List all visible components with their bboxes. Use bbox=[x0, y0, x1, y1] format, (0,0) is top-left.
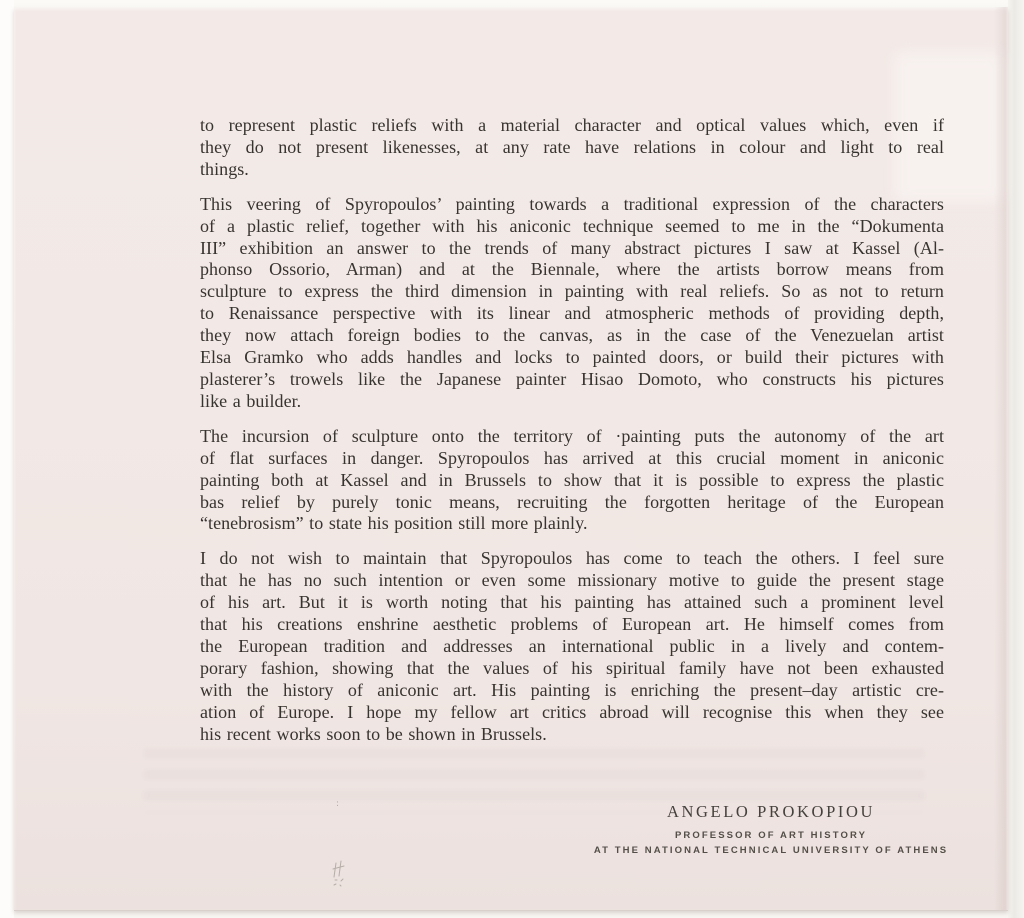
text-line: of his art. But it is worth noting that … bbox=[200, 592, 944, 614]
text-line: painting both at Kassel and in Brussels … bbox=[200, 470, 944, 492]
text-line: ation of Europe. I hope my fellow art cr… bbox=[200, 702, 944, 724]
scanned-page: to represent plastic reliefs with a mate… bbox=[0, 0, 1024, 918]
text-line: of a plastic relief, together with his a… bbox=[200, 216, 944, 238]
text-line: they do not present likenesses, at any r… bbox=[200, 137, 944, 159]
paragraph: I do not wish to maintain that Spyropoul… bbox=[200, 548, 944, 745]
text-line: Elsa Gramko who adds handles and locks t… bbox=[200, 347, 944, 369]
scan-background-left bbox=[0, 0, 14, 918]
text-line: to Renaissance perspective with its line… bbox=[200, 303, 944, 325]
paragraph: The incursion of sculpture onto the terr… bbox=[200, 426, 944, 536]
text-line: his recent works soon to be shown in Bru… bbox=[200, 724, 944, 746]
paragraph: to represent plastic reliefs with a mate… bbox=[200, 115, 944, 181]
text-line: the European tradition and addresses an … bbox=[200, 636, 944, 658]
text-line: I do not wish to maintain that Spyropoul… bbox=[200, 548, 944, 570]
text-line: with the history of aniconic art. His pa… bbox=[200, 680, 944, 702]
paragraph: This veering of Spyropoulos’ painting to… bbox=[200, 194, 944, 413]
text-line: of flat surfaces in danger. Spyropoulos … bbox=[200, 448, 944, 470]
text-line: that his creations enshrine aesthetic pr… bbox=[200, 614, 944, 636]
text-line: they now attach foreign bodies to the ca… bbox=[200, 325, 944, 347]
pencil-mark bbox=[329, 859, 355, 889]
text-line: plasterer’s trowels like the Japanese pa… bbox=[200, 369, 944, 391]
text-line: III” exhibition an answer to the trends … bbox=[200, 238, 944, 260]
text-line: like a builder. bbox=[200, 391, 944, 413]
text-line: phonso Ossorio, Arman) and at the Bienna… bbox=[200, 259, 944, 281]
text-line: The incursion of sculpture onto the terr… bbox=[200, 426, 944, 448]
text-line: bas relief by purely tonic means, recrui… bbox=[200, 492, 944, 514]
pencil-dot: : bbox=[336, 799, 339, 809]
text-line: porary fashion, showing that the values … bbox=[200, 658, 944, 680]
text-line: “tenebrosism” to state his position stil… bbox=[200, 513, 944, 535]
author-name: ANGELO PROKOPIOU bbox=[580, 802, 962, 822]
text-line: sculpture to express the third dimension… bbox=[200, 281, 944, 303]
author-title-line1: PROFESSOR OF ART HISTORY bbox=[580, 829, 962, 844]
author-title-line2: AT THE NATIONAL TECHNICAL UNIVERSITY OF … bbox=[580, 844, 962, 859]
text-line: to represent plastic reliefs with a mate… bbox=[200, 115, 944, 137]
document-page: to represent plastic reliefs with a mate… bbox=[14, 7, 1008, 910]
text-line: things. bbox=[200, 159, 944, 181]
body-text-column: to represent plastic reliefs with a mate… bbox=[200, 115, 944, 758]
signature-block: ANGELO PROKOPIOU PROFESSOR OF ART HISTOR… bbox=[580, 802, 962, 858]
text-line: that he has no such intention or even so… bbox=[200, 570, 944, 592]
text-line: This veering of Spyropoulos’ painting to… bbox=[200, 194, 944, 216]
scan-background-right bbox=[1008, 0, 1024, 918]
